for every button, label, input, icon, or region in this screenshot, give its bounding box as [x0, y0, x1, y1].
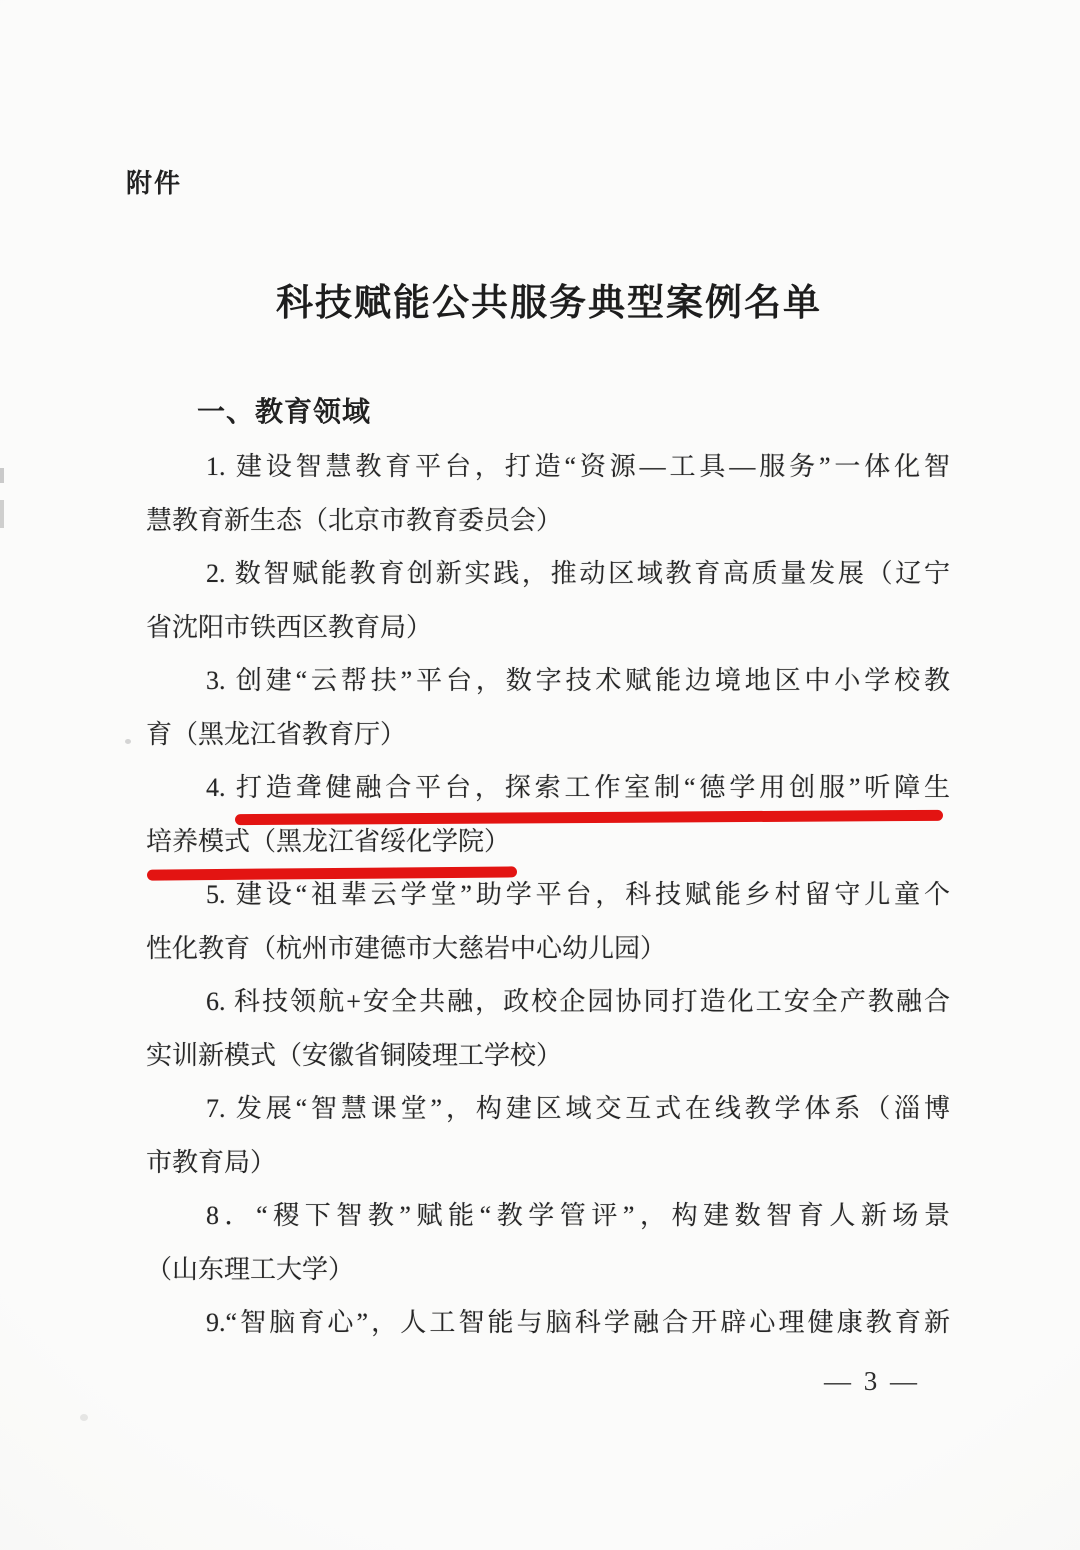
section-heading: 一、教育领域: [197, 390, 371, 430]
document-line: 省沈阳市铁西区教育局）: [146, 601, 950, 655]
page-number: — 3 —: [824, 1366, 920, 1397]
document-line: 市教育局）: [146, 1136, 950, 1190]
scan-artifact: [0, 500, 4, 528]
document-line: 实训新模式（安徽省铜陵理工学校）: [146, 1029, 950, 1083]
scan-artifact: [125, 739, 131, 744]
attachment-label: 附件: [126, 163, 182, 200]
document-line: 4. 打造聋健融合平台，探索工作室制“德学用创服”听障生: [146, 761, 950, 815]
document-line: 1. 建设智慧教育平台，打造“资源—工具—服务”一体化智: [146, 440, 950, 494]
document-line: 2. 数智赋能教育创新实践，推动区域教育高质量发展（辽宁: [146, 547, 950, 601]
document-line: （山东理工大学）: [146, 1243, 950, 1297]
document-line: 6. 科技领航+安全共融，政校企园协同打造化工安全产教融合: [146, 975, 950, 1029]
document-line: 8．“稷下智教”赋能“教学管评”，构建数智育人新场景: [146, 1189, 950, 1243]
document-line: 慧教育新生态（北京市教育委员会）: [146, 494, 950, 548]
document-line: 育（黑龙江省教育厅）: [146, 708, 950, 762]
scan-artifact: [0, 468, 4, 483]
document-page: 附件 科技赋能公共服务典型案例名单 一、教育领域 1. 建设智慧教育平台，打造“…: [0, 0, 1080, 1550]
document-line: 性化教育（杭州市建德市大慈岩中心幼儿园）: [146, 922, 950, 976]
document-line: 7. 发展“智慧课堂”，构建区域交互式在线教学体系（淄博: [146, 1082, 950, 1136]
scan-artifact: [80, 1414, 88, 1421]
document-body: 1. 建设智慧教育平台，打造“资源—工具—服务”一体化智慧教育新生态（北京市教育…: [146, 440, 950, 1350]
document-line: 9.“智脑育心”，人工智能与脑科学融合开辟心理健康教育新: [146, 1296, 950, 1350]
document-line: 3. 创建“云帮扶”平台，数字技术赋能边境地区中小学校教: [146, 654, 950, 708]
page-title: 科技赋能公共服务典型案例名单: [9, 272, 1080, 326]
